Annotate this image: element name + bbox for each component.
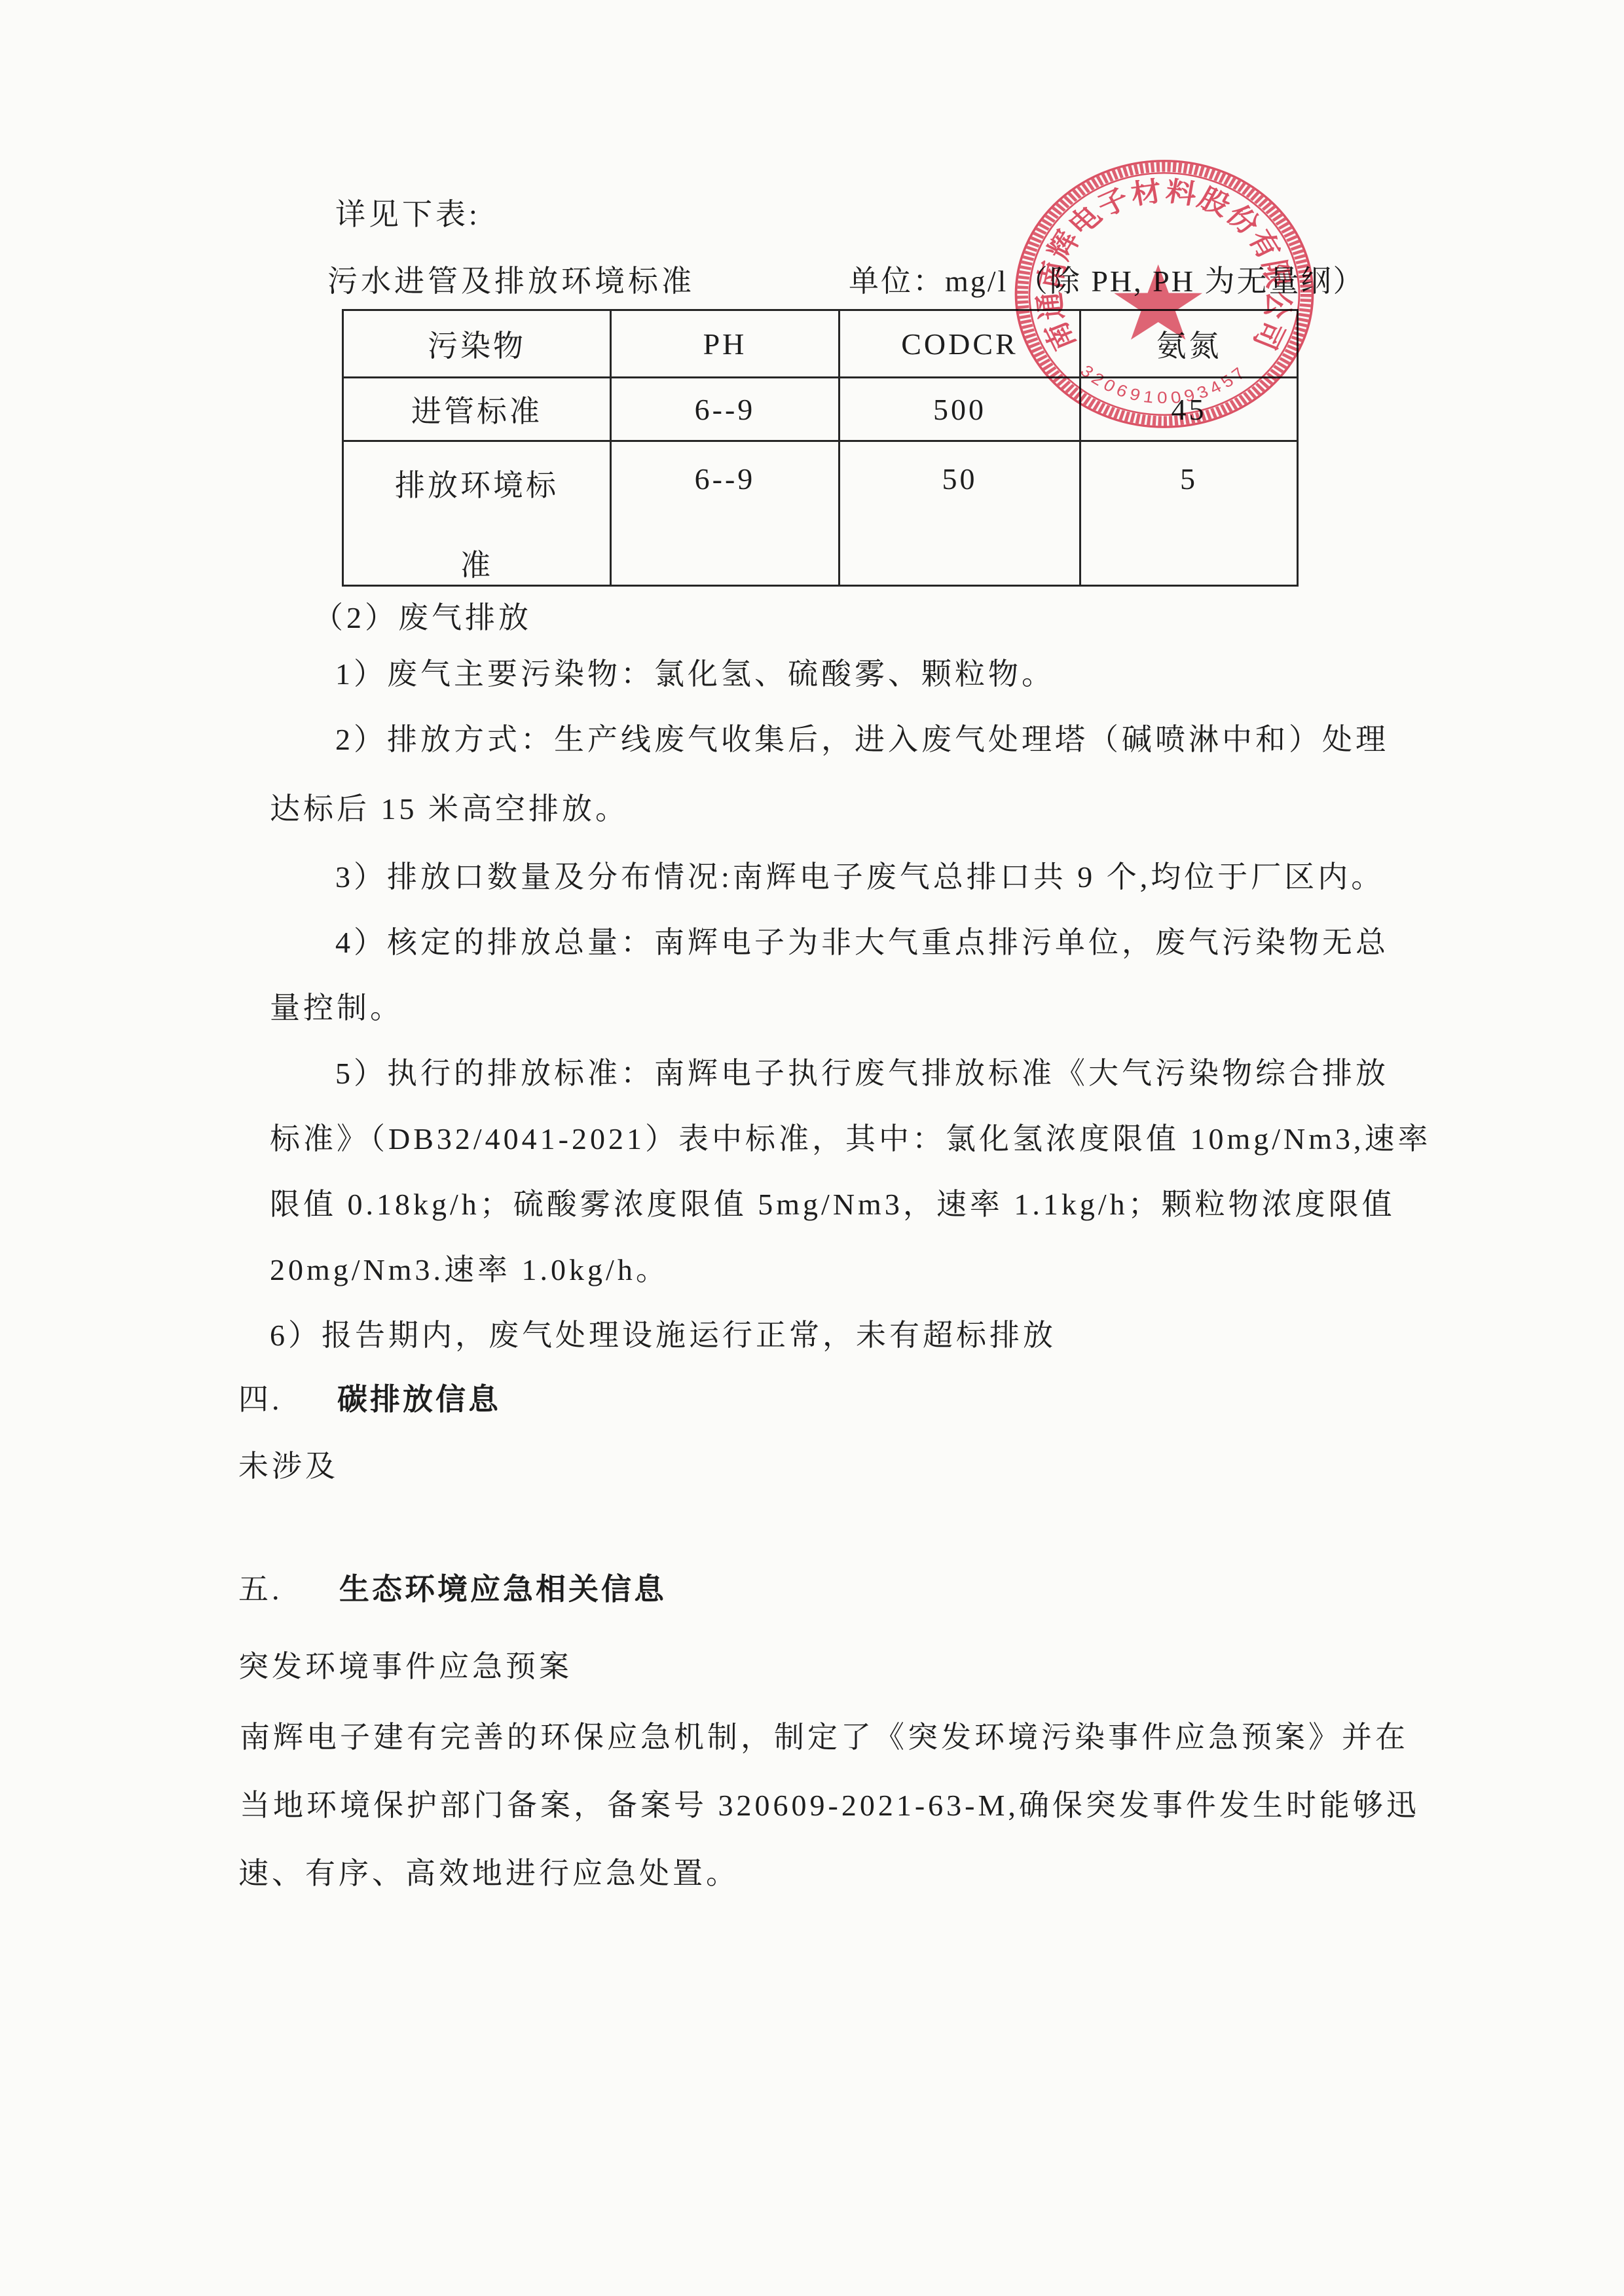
section4-number: 四. <box>238 1381 283 1417</box>
cell-row2-label: 排放环境标 准 <box>343 441 611 586</box>
section5-para-l3: 速、有序、高效地进行应急处置。 <box>238 1855 739 1891</box>
section5-subheading: 突发环境事件应急预案 <box>238 1649 572 1685</box>
cell-row2-ammonia: 5 <box>1080 441 1298 586</box>
wastegas-item6: 6）报告期内，废气处理设施运行正常，未有超标排放 <box>270 1317 1056 1353</box>
section4-body: 未涉及 <box>238 1448 339 1484</box>
table-title: 污水进管及排放环境标准 <box>327 263 695 299</box>
wastegas-item4-l2: 量控制。 <box>270 990 403 1026</box>
cell-row2-ph: 6--9 <box>611 441 840 586</box>
intro-line: 详见下表: <box>335 196 481 232</box>
seal-code-text: 3206910093457 <box>1077 361 1252 407</box>
wastegas-item1: 1）废气主要污染物：氯化氢、硫酸雾、颗粒物。 <box>335 656 1055 692</box>
section5-number: 五. <box>238 1571 283 1607</box>
table-row-discharge-standard: 排放环境标 准 6--9 50 5 <box>343 441 1298 586</box>
wastegas-heading: （2）废气排放 <box>313 600 532 636</box>
wastegas-item5-l3: 限值 0.18kg/h；硫酸雾浓度限值 5mg/Nm3，速率 1.1kg/h；颗… <box>270 1186 1395 1222</box>
cell-row2-codcr: 50 <box>840 441 1080 586</box>
cell-row1-label: 进管标准 <box>343 378 611 441</box>
seal-star-icon <box>1114 264 1202 340</box>
section5-para-l1: 南辉电子建有完善的环保应急机制，制定了《突发环境污染事件应急预案》并在 <box>240 1719 1409 1755</box>
section5-title: 生态环境应急相关信息 <box>339 1571 667 1607</box>
wastegas-item4-l1: 4）核定的排放总量：南辉电子为非大气重点排污单位，废气污染物无总 <box>335 924 1389 960</box>
cell-row1-ph: 6--9 <box>611 378 840 441</box>
wastegas-item5-l4: 20mg/Nm3.速率 1.0kg/h。 <box>270 1252 669 1288</box>
cell-row2-label-line1: 排放环境标 <box>344 462 610 505</box>
seal-code-arc: 3206910093457 <box>1077 361 1252 407</box>
section5-para-l2: 当地环境保护部门备案，备案号 320609-2021-63-M,确保突发事件发生… <box>240 1787 1420 1823</box>
cell-row2-label-line2: 准 <box>344 541 610 585</box>
section4-title: 碳排放信息 <box>337 1381 501 1417</box>
wastegas-item5-l2: 标准》（DB32/4041-2021）表中标准，其中：氯化氢浓度限值 10mg/… <box>270 1121 1431 1157</box>
wastegas-item3: 3）排放口数量及分布情况:南辉电子废气总排口共 9 个,均位于厂区内。 <box>335 859 1384 895</box>
wastegas-item5-l1: 5）执行的排放标准：南辉电子执行废气排放标准《大气污染物综合排放 <box>335 1055 1389 1091</box>
document-page: 详见下表: 污水进管及排放环境标准 单位：mg/l （除 PH, PH 为无量纲… <box>0 0 1624 2296</box>
header-pollutant: 污染物 <box>343 310 611 378</box>
wastegas-item2-l2: 达标后 15 米高空排放。 <box>270 791 629 827</box>
wastegas-item2-l1: 2）排放方式：生产线废气收集后，进入废气处理塔（碱喷淋中和）处理 <box>335 721 1389 757</box>
company-seal: 南通南辉电子材料股份有限公司 3206910093457 <box>1012 157 1317 431</box>
header-ph: PH <box>611 310 840 378</box>
